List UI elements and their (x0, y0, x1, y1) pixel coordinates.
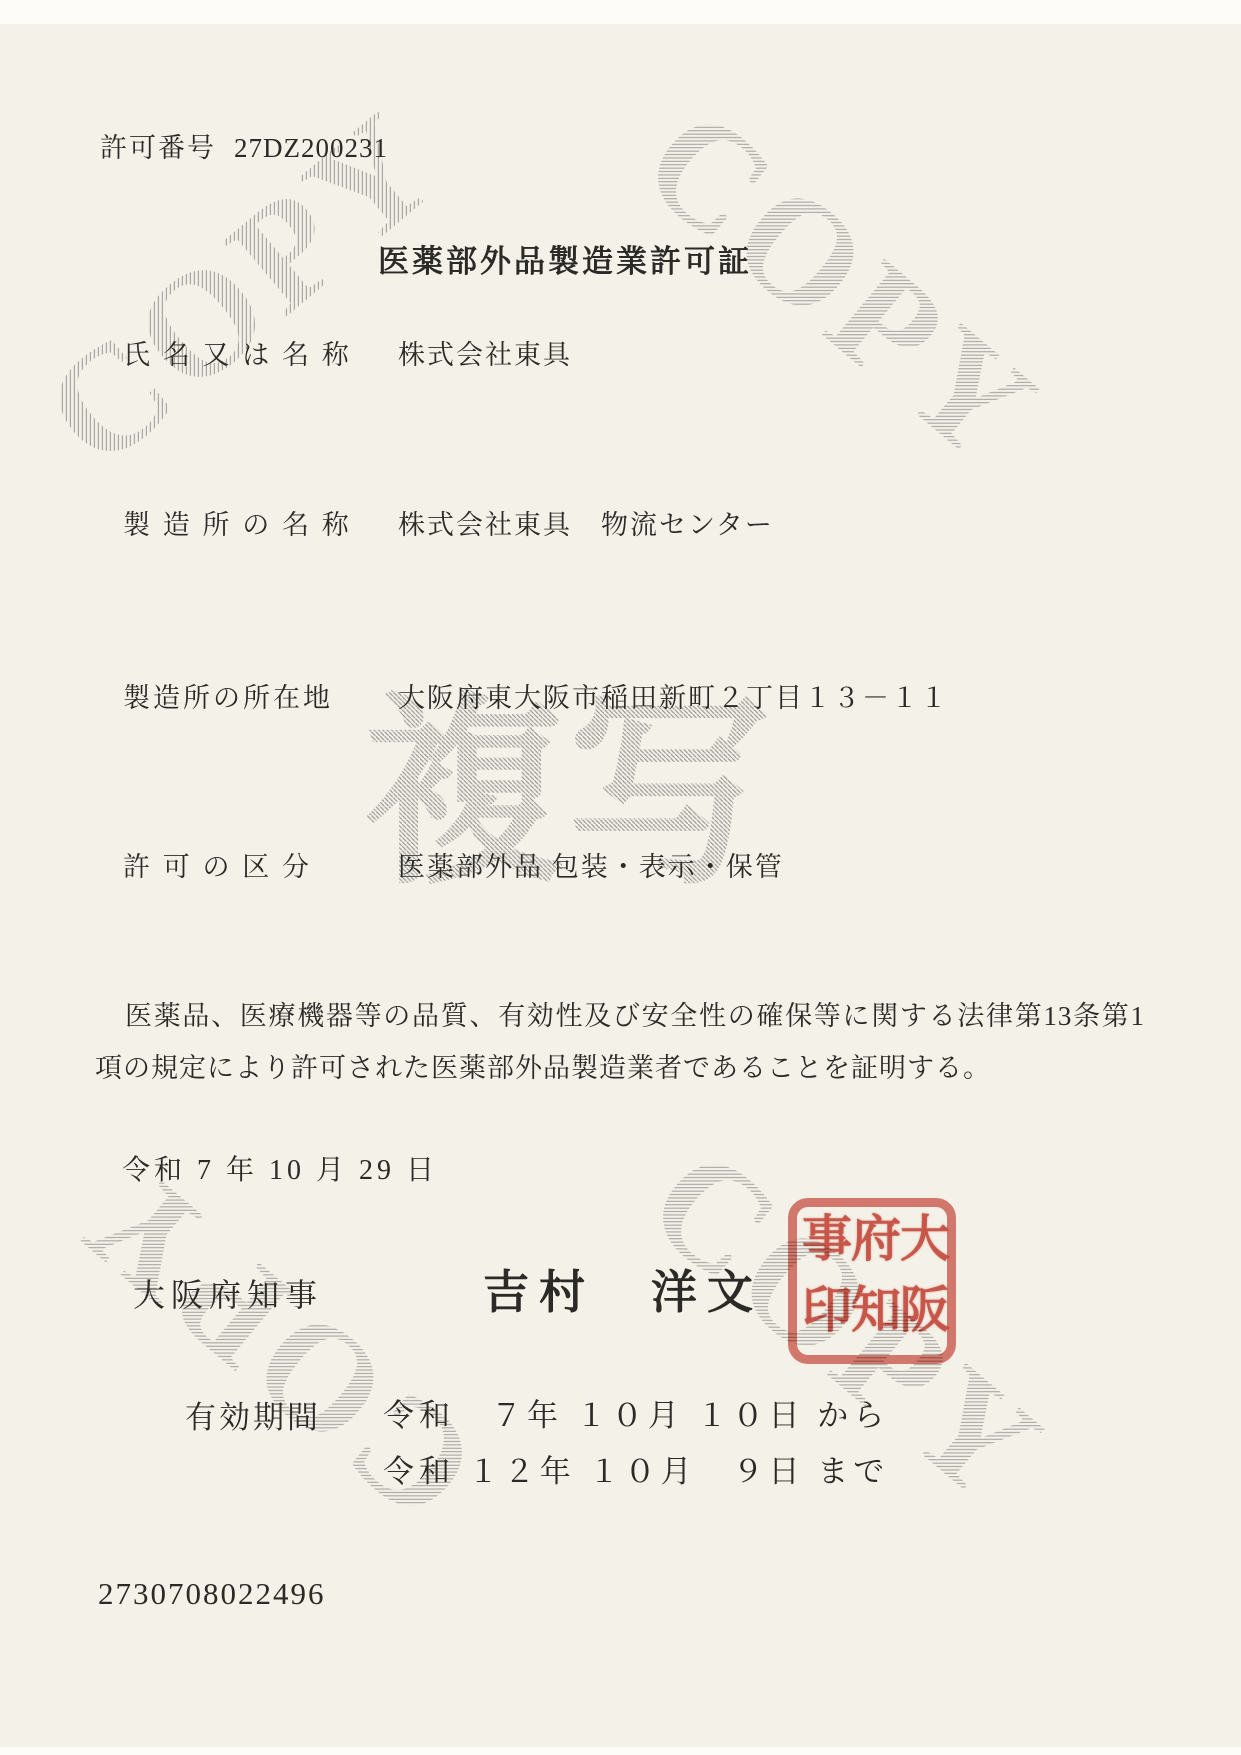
document-title: 医薬部外品製造業許可証 (378, 236, 752, 281)
certification-paragraph: 医薬品、医療機器等の品質、有効性及び安全性の確保等に関する法律第13条第1項の規… (95, 990, 1145, 1094)
validity-period-label: 有効期間 (185, 1392, 321, 1437)
field-value-site-address: 大阪府東大阪市稲田新町２丁目１３－１１ (398, 676, 949, 715)
permit-number-line: 許可番号27DZ200231 (100, 126, 388, 165)
permit-number-value: 27DZ200231 (234, 133, 388, 163)
field-value-permit-category: 医薬部外品 包装・表示・保管 (398, 845, 784, 884)
governor-seal-text: 大阪府知事印 (797, 1207, 947, 1355)
field-value-name: 株式会社東具 (398, 333, 572, 372)
field-label-name: 氏 名 又 は 名 称 (123, 333, 352, 372)
scan-edge-top (0, 0, 1241, 24)
certificate-page: COPY COPY COPY COPY 複写 許可番号27DZ200231 医薬… (0, 0, 1241, 1755)
copy-watermark-text: COPY (50, 1134, 507, 1555)
issue-date: 令和 7 年 10 月 29 日 (122, 1148, 438, 1188)
field-value-site-name: 株式会社東具 物流センター (398, 503, 774, 542)
document-control-number: 2730708022496 (98, 1576, 326, 1612)
field-label-site-address: 製造所の所在地 (123, 676, 333, 715)
governor-title: 大阪府知事 (133, 1270, 323, 1316)
field-label-site-name: 製 造 所 の 名 称 (123, 503, 352, 542)
copy-watermark-text: COPY (613, 76, 1070, 497)
permit-number-label: 許可番号 (100, 133, 216, 163)
governor-name: 吉村 洋文 (483, 1256, 763, 1322)
scan-edge-bottom (0, 1747, 1241, 1755)
field-label-permit-category: 許 可 の 区 分 (123, 845, 312, 884)
governor-seal: 大阪府知事印 (788, 1198, 956, 1364)
validity-to-date: 令和 １２年 １０月 ９日 まで (383, 1446, 889, 1491)
validity-from-date: 令和 ７年 １０月 １０日 から (383, 1390, 889, 1435)
copy-watermark-top-right: COPY (598, 47, 1131, 542)
